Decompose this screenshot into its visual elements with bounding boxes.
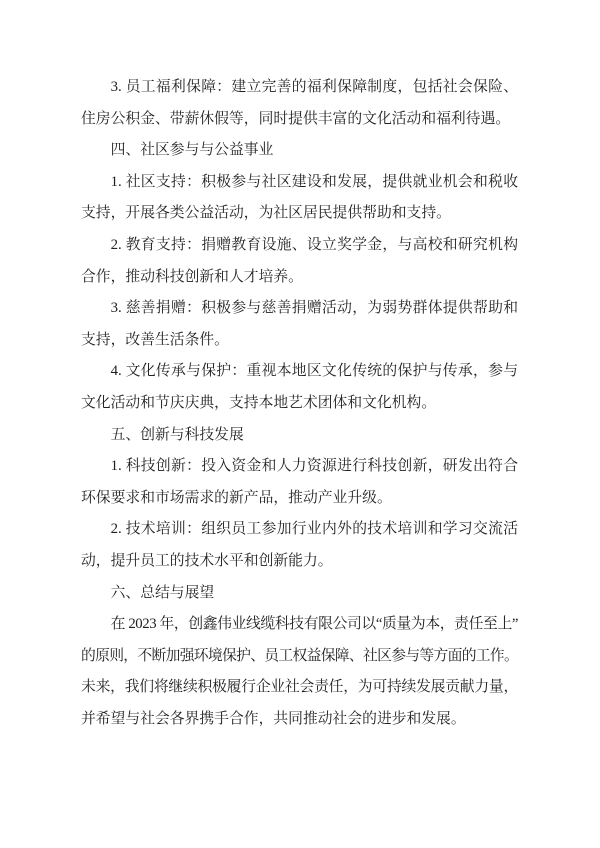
doc-line: 3. 慈善捐赠：积极参与慈善捐赠活动，为弱势群体提供帮助和 (81, 293, 518, 325)
doc-line: 并希望与社会各界携手合作，共同推动社会的进步和发展。 (81, 704, 518, 736)
doc-line: 在 2023 年，创鑫伟业线缆科技有限公司以“质量为本，责任至上” (81, 609, 518, 641)
doc-line: 2. 教育支持：捐赠教育设施、设立奖学金，与高校和研究机构 (81, 230, 518, 262)
doc-line: 1. 社区支持：积极参与社区建设和发展，提供就业机会和税收 (81, 167, 518, 199)
doc-line: 六、总结与展望 (81, 578, 518, 610)
doc-line: 五、创新与科技发展 (81, 420, 518, 452)
paragraph-summary-2023: 在 2023 年，创鑫伟业线缆科技有限公司以“质量为本，责任至上” 的原则，不断… (81, 609, 518, 735)
document-body: 3. 员工福利保障：建立完善的福利保障制度，包括社会保险、 住房公积金、带薪休假… (81, 72, 518, 735)
document-page: 3. 员工福利保障：建立完善的福利保障制度，包括社会保险、 住房公积金、带薪休假… (0, 0, 600, 848)
paragraph-1-community-support: 1. 社区支持：积极参与社区建设和发展，提供就业机会和税收 支持，开展各类公益活… (81, 167, 518, 230)
doc-line: 文化活动和节庆庆典，支持本地艺术团体和文化机构。 (81, 388, 518, 420)
paragraph-3-charity-donation: 3. 慈善捐赠：积极参与慈善捐赠活动，为弱势群体提供帮助和 支持，改善生活条件。 (81, 293, 518, 356)
doc-line: 未来，我们将继续积极履行企业社会责任，为可持续发展贡献力量， (81, 672, 518, 704)
doc-line: 2. 技术培训：组织员工参加行业内外的技术培训和学习交流活 (81, 514, 518, 546)
doc-line: 住房公积金、带薪休假等，同时提供丰富的文化活动和福利待遇。 (81, 104, 518, 136)
paragraph-2-education-support: 2. 教育支持：捐赠教育设施、设立奖学金，与高校和研究机构 合作，推动科技创新和… (81, 230, 518, 293)
doc-line: 的原则，不断加强环境保护、员工权益保障、社区参与等方面的工作。 (81, 641, 518, 673)
heading-6-summary-outlook: 六、总结与展望 (81, 578, 518, 610)
paragraph-2-tech-training: 2. 技术培训：组织员工参加行业内外的技术培训和学习交流活 动，提升员工的技术水… (81, 514, 518, 577)
doc-line: 环保要求和市场需求的新产品，推动产业升级。 (81, 483, 518, 515)
paragraph-1-tech-innovation: 1. 科技创新：投入资金和人力资源进行科技创新，研发出符合 环保要求和市场需求的… (81, 451, 518, 514)
doc-line: 支持，改善生活条件。 (81, 325, 518, 357)
doc-line: 4. 文化传承与保护：重视本地区文化传统的保护与传承，参与 (81, 356, 518, 388)
doc-line: 1. 科技创新：投入资金和人力资源进行科技创新，研发出符合 (81, 451, 518, 483)
doc-line: 3. 员工福利保障：建立完善的福利保障制度，包括社会保险、 (81, 72, 518, 104)
doc-line: 支持，开展各类公益活动，为社区居民提供帮助和支持。 (81, 198, 518, 230)
heading-4-community-engagement: 四、社区参与与公益事业 (81, 135, 518, 167)
doc-line: 动，提升员工的技术水平和创新能力。 (81, 546, 518, 578)
paragraph-4-culture-preservation: 4. 文化传承与保护：重视本地区文化传统的保护与传承，参与 文化活动和节庆庆典，… (81, 356, 518, 419)
doc-line: 合作，推动科技创新和人才培养。 (81, 262, 518, 294)
paragraph-3-employee-welfare: 3. 员工福利保障：建立完善的福利保障制度，包括社会保险、 住房公积金、带薪休假… (81, 72, 518, 135)
heading-5-innovation-tech: 五、创新与科技发展 (81, 420, 518, 452)
doc-line: 四、社区参与与公益事业 (81, 135, 518, 167)
